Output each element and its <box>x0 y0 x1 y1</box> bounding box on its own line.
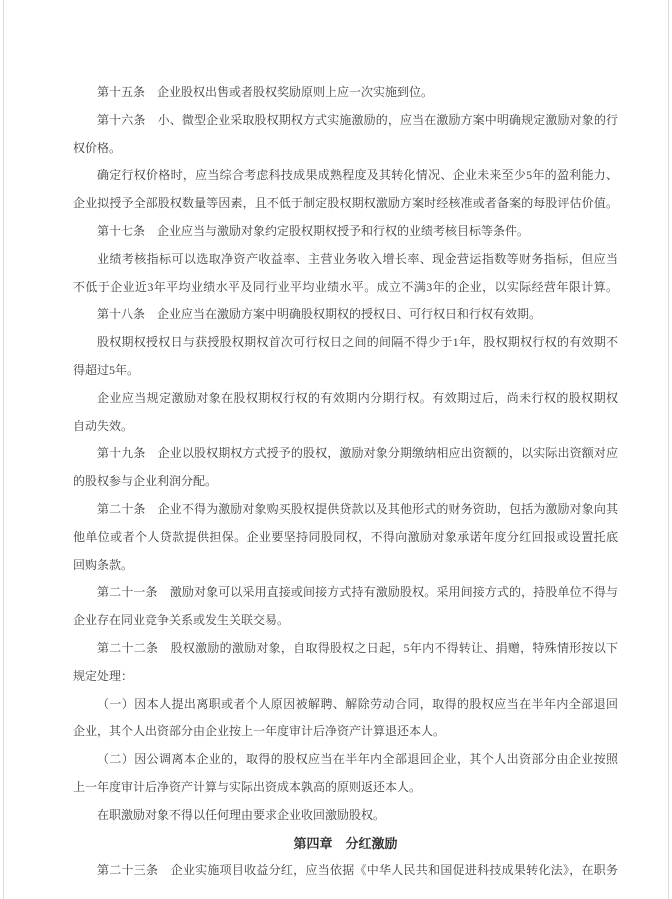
document-line: 的股权参与企业利润分配。 <box>73 468 618 496</box>
document-line: 企业应当规定激励对象在股权期权行权的有效期内分期行权。有效期过后，尚未行权的股权… <box>73 385 618 413</box>
document-line: 不低于企业近3年平均业绩水平及同行业平均业绩水平。成立不满3年的企业，以实际经营… <box>73 274 618 302</box>
document-line: 第二十一条 激励对象可以采用直接或间接方式持有激励股权。采用间接方式的，持股单位… <box>73 579 618 607</box>
document-line: 权价格。 <box>73 135 618 163</box>
document-line: 业绩考核指标可以选取净资产收益率、主营业务收入增长率、现金营运指数等财务指标，但… <box>73 246 618 274</box>
page-left-edge-line <box>3 0 4 899</box>
chapter-heading: 第四章 分红激励 <box>73 830 618 858</box>
document-line: 上一年度审计后净资产计算与实际出资成本孰高的原则返还本人。 <box>73 774 618 802</box>
document-page: 第十五条 企业股权出售或者股权奖励原则上应一次实施到位。第十六条 小、微型企业采… <box>0 0 672 899</box>
document-line: 第二十二条 股权激励的激励对象，自取得股权之日起，5年内不得转让、捐赠，特殊情形… <box>73 635 618 663</box>
document-line: 规定处理： <box>73 663 618 691</box>
document-line: 第十八条 企业应当在激励方案中明确股权期权的授权日、可行权日和行权有效期。 <box>73 301 618 329</box>
document-line: 企业，其个人出资部分由企业按上一年度审计后净资产计算退还本人。 <box>73 718 618 746</box>
document-line: 第十五条 企业股权出售或者股权奖励原则上应一次实施到位。 <box>73 79 618 107</box>
document-line: 股权期权授权日与获授股权期权首次可行权日之间的间隔不得少于1年，股权期权行权的有… <box>73 329 618 357</box>
document-line: 第二十条 企业不得为激励对象购买股权提供贷款以及其他形式的财务资助，包括为激励对… <box>73 496 618 524</box>
document-line: （二）因公调离本企业的，取得的股权应当在半年内全部退回企业，其个人出资部分由企业… <box>73 746 618 774</box>
document-line: 自动失效。 <box>73 413 618 441</box>
document-line: 回购条款。 <box>73 552 618 580</box>
document-line: （一）因本人提出离职或者个人原因被解聘、解除劳动合同，取得的股权应当在半年内全部… <box>73 691 618 719</box>
document-line: 企业存在同业竞争关系或发生关联交易。 <box>73 607 618 635</box>
document-line: 第十七条 企业应当与激励对象约定股权期权授予和行权的业绩考核目标等条件。 <box>73 218 618 246</box>
document-line: 第十九条 企业以股权期权方式授予的股权，激励对象分期缴纳相应出资额的，以实际出资… <box>73 440 618 468</box>
document-line: 第十六条 小、微型企业采取股权期权方式实施激励的，应当在激励方案中明确规定激励对… <box>73 107 618 135</box>
document-line: 在职激励对象不得以任何理由要求企业收回激励股权。 <box>73 802 618 830</box>
document-line: 企业拟授予全部股权数量等因素，且不低于制定股权期权激励方案时经核准或者备案的每股… <box>73 190 618 218</box>
document-line: 得超过5年。 <box>73 357 618 385</box>
document-body: 第十五条 企业股权出售或者股权奖励原则上应一次实施到位。第十六条 小、微型企业采… <box>73 79 618 885</box>
page-right-edge-line <box>668 0 669 899</box>
document-line: 他单位或者个人贷款提供担保。企业要坚持同股同权，不得向激励对象承诺年度分红回报或… <box>73 524 618 552</box>
document-line: 确定行权价格时，应当综合考虑科技成果成熟程度及其转化情况、企业未来至少5年的盈利… <box>73 162 618 190</box>
document-line: 第二十三条 企业实施项目收益分红，应当依据《中华人民共和国促进科技成果转化法》，… <box>73 857 618 885</box>
